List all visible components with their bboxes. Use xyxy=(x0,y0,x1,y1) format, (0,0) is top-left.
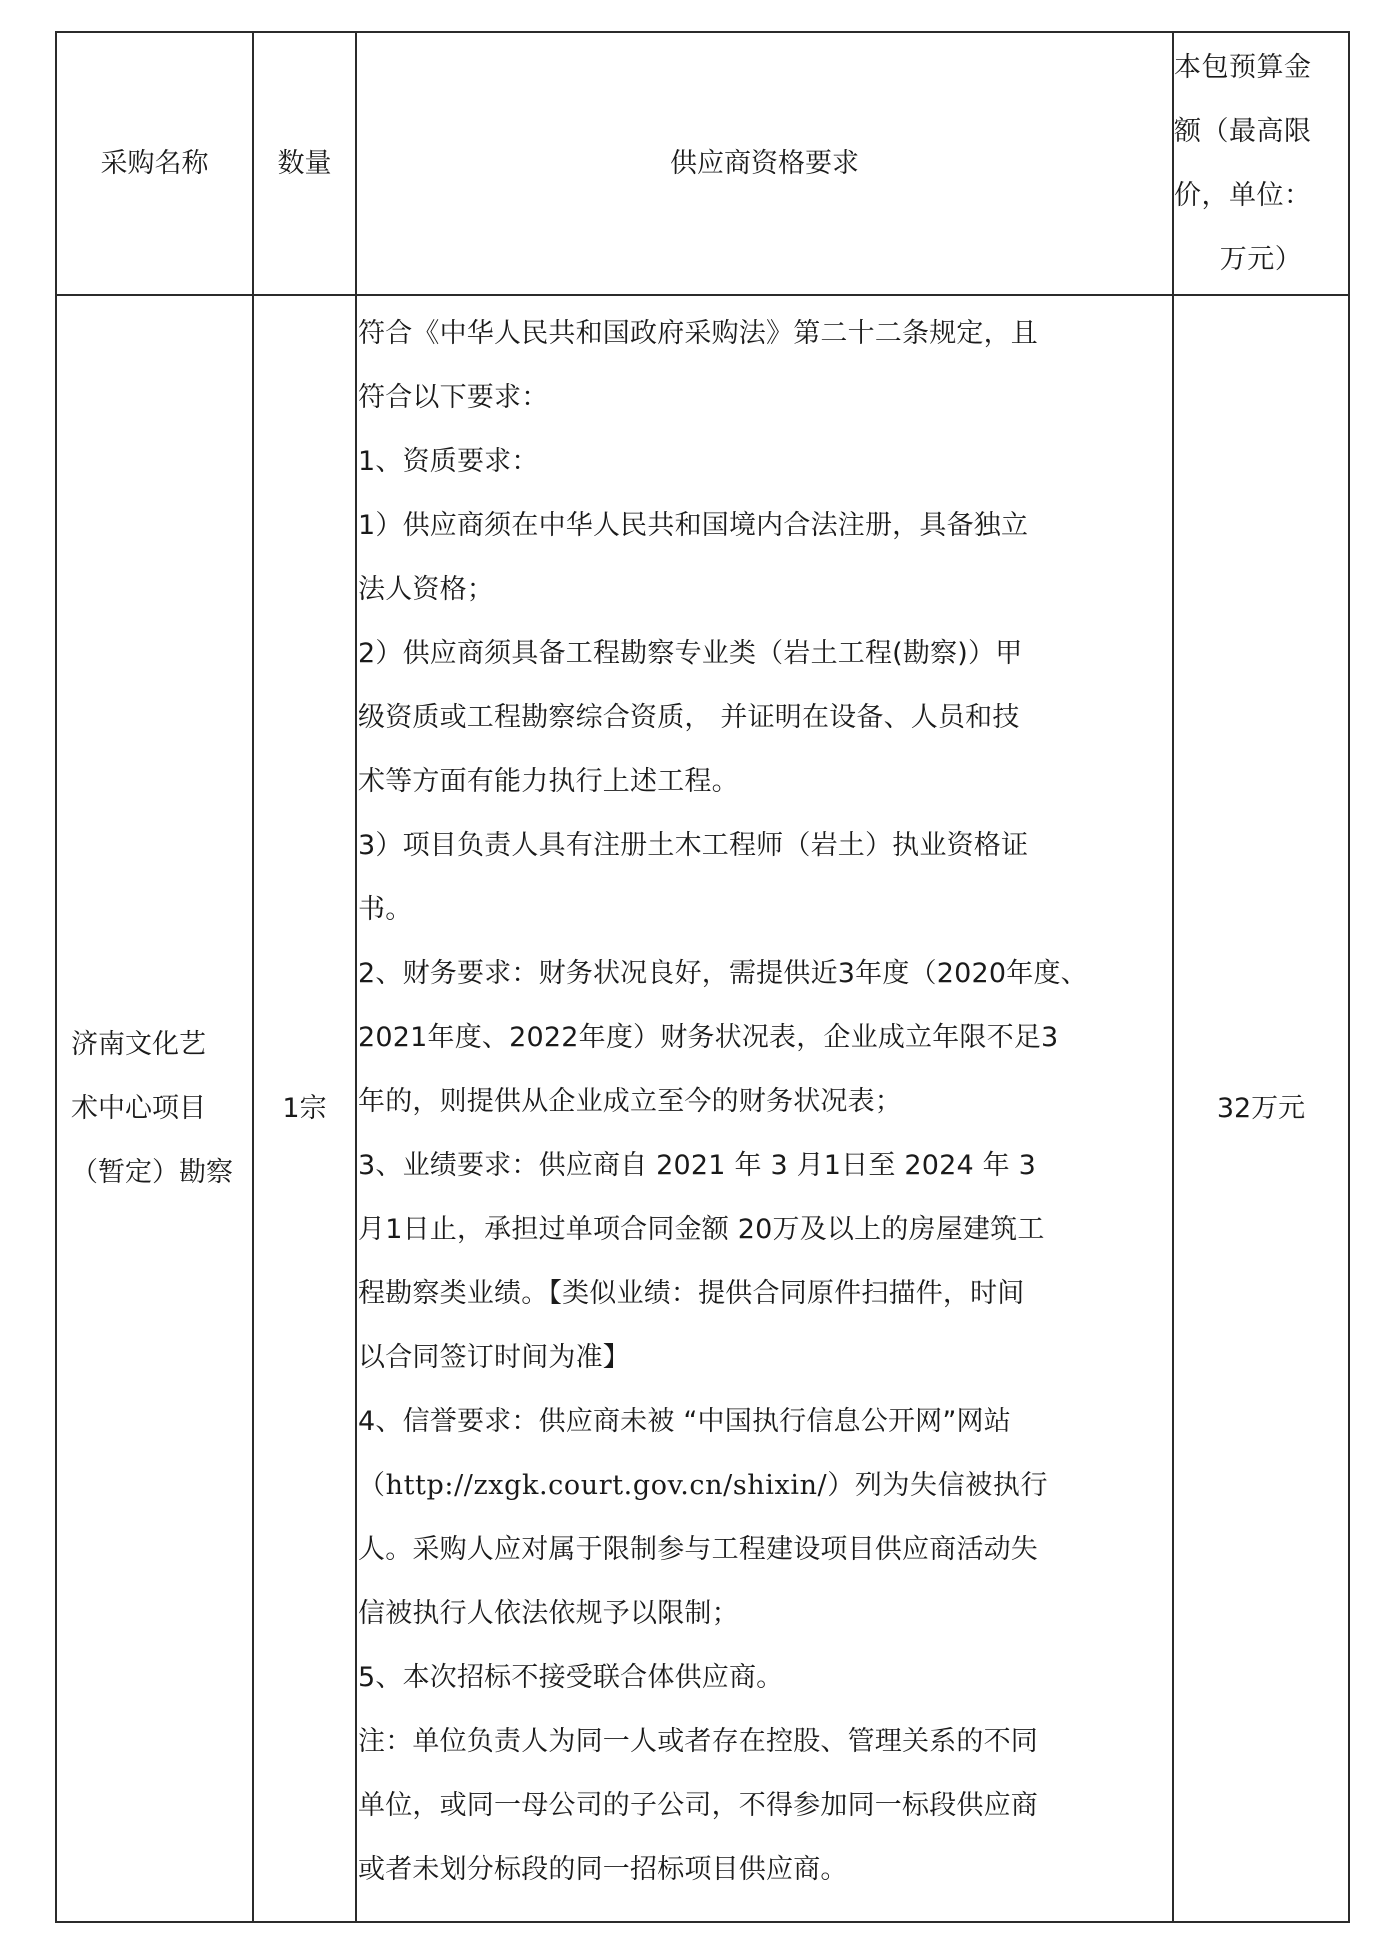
requirement-line: 2021年度、2022年度）财务状况表，企业成立年限不足3 xyxy=(358,1006,1172,1070)
header-procurement-name: 采购名称 xyxy=(56,32,253,295)
header-budget-line: 价，单位： xyxy=(1174,164,1348,228)
table-row: 济南文化艺 术中心项目 （暂定）勘察 1宗 符合《中华人民共和国政府采购法》第二… xyxy=(56,295,1349,1922)
header-budget-line: 额（最高限 xyxy=(1174,100,1348,164)
requirement-line: 信被执行人依法依规予以限制； xyxy=(358,1582,1172,1646)
header-quantity: 数量 xyxy=(253,32,356,295)
procurement-name-line: （暂定）勘察 xyxy=(71,1141,252,1205)
requirement-line: 级资质或工程勘察综合资质， 并证明在设备、人员和技 xyxy=(358,686,1172,750)
requirement-line: 1）供应商须在中华人民共和国境内合法注册，具备独立 xyxy=(358,494,1172,558)
procurement-name-cell: 济南文化艺 术中心项目 （暂定）勘察 xyxy=(56,295,253,1922)
requirement-line: 人。采购人应对属于限制参与工程建设项目供应商活动失 xyxy=(358,1518,1172,1582)
requirement-line: 以合同签订时间为准】 xyxy=(358,1326,1172,1390)
requirement-line: 2）供应商须具备工程勘察专业类（岩土工程(勘察)）甲 xyxy=(358,622,1172,686)
requirement-line: 3、业绩要求：供应商自 2021 年 3 月1日至 2024 年 3 xyxy=(358,1134,1172,1198)
requirement-line-url: （http://zxgk.court.gov.cn/shixin/）列为失信被执… xyxy=(358,1454,1172,1518)
requirement-line: 2、财务要求：财务状况良好，需提供近3年度（2020年度、 xyxy=(358,942,1172,1006)
requirement-line: 程勘察类业绩。【类似业绩：提供合同原件扫描件，时间 xyxy=(358,1262,1172,1326)
requirement-line: 5、本次招标不接受联合体供应商。 xyxy=(358,1646,1172,1710)
requirement-line: 年的，则提供从企业成立至今的财务状况表； xyxy=(358,1070,1172,1134)
header-budget-line: 万元） xyxy=(1174,228,1348,292)
procurement-name-line: 术中心项目 xyxy=(71,1077,252,1141)
requirement-line: 符合以下要求： xyxy=(358,366,1172,430)
quantity-cell: 1宗 xyxy=(253,295,356,1922)
requirement-line: 术等方面有能力执行上述工程。 xyxy=(358,750,1172,814)
budget-cell: 32万元 xyxy=(1173,295,1349,1922)
requirement-line: 4、信誉要求：供应商未被 “中国执行信息公开网”网站 xyxy=(358,1390,1172,1454)
requirements-cell: 符合《中华人民共和国政府采购法》第二十二条规定，且 符合以下要求： 1、资质要求… xyxy=(356,295,1173,1922)
requirement-line: 3）项目负责人具有注册土木工程师（岩土）执业资格证 xyxy=(358,814,1172,878)
table-header-row: 采购名称 数量 供应商资格要求 本包预算金 额（最高限 价，单位： 万元） xyxy=(56,32,1349,295)
header-budget: 本包预算金 额（最高限 价，单位： 万元） xyxy=(1173,32,1349,295)
requirement-line: 1、资质要求： xyxy=(358,430,1172,494)
requirement-line: 单位，或同一母公司的子公司，不得参加同一标段供应商 xyxy=(358,1774,1172,1838)
header-budget-line: 本包预算金 xyxy=(1174,36,1348,100)
header-supplier-requirements: 供应商资格要求 xyxy=(356,32,1173,295)
requirement-line: 符合《中华人民共和国政府采购法》第二十二条规定，且 xyxy=(358,302,1172,366)
procurement-name-line: 济南文化艺 xyxy=(71,1013,252,1077)
procurement-table: 采购名称 数量 供应商资格要求 本包预算金 额（最高限 价，单位： 万元） 济南… xyxy=(55,31,1350,1923)
requirement-line: 或者未划分标段的同一招标项目供应商。 xyxy=(358,1838,1172,1902)
requirement-line: 书。 xyxy=(358,878,1172,942)
requirement-line: 法人资格； xyxy=(358,558,1172,622)
requirement-line: 注：单位负责人为同一人或者存在控股、管理关系的不同 xyxy=(358,1710,1172,1774)
requirement-line: 月1日止，承担过单项合同金额 20万及以上的房屋建筑工 xyxy=(358,1198,1172,1262)
